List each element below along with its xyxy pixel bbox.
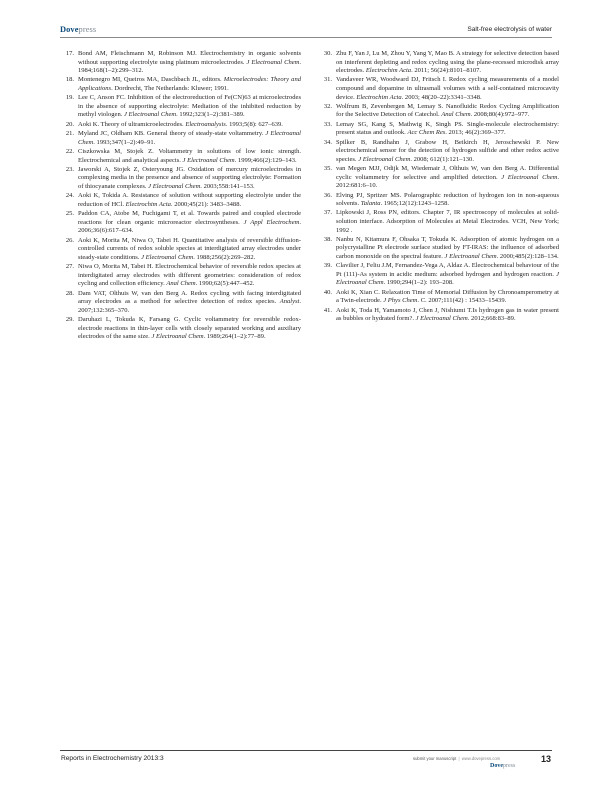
reference-text: Clavilier J, Feliu J.M, Fernandez-Vega A… <box>336 262 559 278</box>
reference-number: 40. <box>319 289 332 298</box>
reference-journal: J Electroanal Chem <box>124 111 176 118</box>
reference-details: . 1993;5(8): 627–639. <box>226 121 283 128</box>
reference-details: . 2008; 612(1):121–130. <box>410 156 474 163</box>
reference-number: 21. <box>61 130 74 139</box>
dovepress-logo: Dovepress <box>60 25 96 34</box>
reference-details: . 1990;294(1–2): 193–208. <box>384 279 454 286</box>
footer-logo-light: press <box>503 763 515 769</box>
reference-number: 35. <box>319 165 332 174</box>
journal-citation: Reports in Electrochemistry 2013:3 <box>61 755 164 762</box>
reference-journal: J Electroanal Chem <box>445 253 497 260</box>
reference-number: 19. <box>61 94 74 103</box>
reference-details: . 2003; 48(20–22):3341–3348. <box>402 94 482 101</box>
reference-number: 17. <box>61 50 74 59</box>
reference-number: 36. <box>319 192 332 201</box>
reference-item: 28.Dam VAT, Olthuis W, van den Berg A. R… <box>61 290 301 316</box>
reference-number: 20. <box>61 121 74 130</box>
reference-text: Lipkowski J, Ross PN, editors. Chapter 7… <box>336 209 559 233</box>
reference-number: 41. <box>319 307 332 316</box>
references-right-column: 30.Zhu F, Yan J, Lu M, Zhou Y, Yang Y, M… <box>319 50 559 325</box>
logo-bold: Dove <box>60 25 79 34</box>
logo-light: press <box>79 25 97 34</box>
reference-text: Montenegro MI, Queiros MA, Daschbach JL,… <box>78 76 224 83</box>
reference-journal: J Phys Chem <box>383 297 417 304</box>
reference-item: 30.Zhu F, Yan J, Lu M, Zhou Y, Yang Y, M… <box>319 50 559 76</box>
reference-number: 22. <box>61 148 74 157</box>
reference-details: . Dordrecht, The Netherlands: Kluwer; 19… <box>111 85 229 92</box>
reference-number: 25. <box>61 210 74 219</box>
reference-number: 37. <box>319 209 332 218</box>
separator: | <box>457 756 460 761</box>
reference-number: 23. <box>61 166 74 175</box>
reference-details: . 1965;12(12):1243–1258. <box>381 200 450 207</box>
reference-item: 24.Aoki K, Tokida A. Resistance of solut… <box>61 192 301 209</box>
reference-number: 39. <box>319 262 332 271</box>
reference-item: 26.Aoki K, Morita M, Niwa O, Tabei H. Qu… <box>61 237 301 263</box>
reference-journal: J Electroanal Chem <box>183 157 235 164</box>
reference-details: . 2000;45(21): 3483–3488. <box>171 201 241 208</box>
reference-number: 31. <box>319 76 332 85</box>
reference-text: Dam VAT, Olthuis W, van den Berg A. Redo… <box>78 290 301 306</box>
reference-number: 29. <box>61 316 74 325</box>
reference-details: . 1988;256(2):269–282. <box>193 254 255 261</box>
reference-journal: Analyst <box>280 298 300 305</box>
reference-number: 32. <box>319 103 332 112</box>
reference-item: 38.Nanbu N, Kitamura F, Ohsaka T, Tokuda… <box>319 236 559 262</box>
reference-text: Myland JC, Oldham KB. General theory of … <box>78 130 265 137</box>
reference-journal: J Electroanal Chem <box>247 59 300 66</box>
reference-journal: Anal Chem <box>441 111 470 118</box>
reference-number: 27. <box>61 263 74 272</box>
page-header: Dovepress Salt-free electrolysis of wate… <box>60 25 552 37</box>
reference-item: 39.Clavilier J, Feliu J.M, Fernandez-Veg… <box>319 262 559 288</box>
reference-item: 21.Myland JC, Oldham KB. General theory … <box>61 130 301 147</box>
reference-journal: J Electroanal Chem <box>141 254 193 261</box>
reference-number: 33. <box>319 121 332 130</box>
submit-manuscript-line: submit your manuscript | www.dovepress.c… <box>413 756 500 761</box>
reference-details: . 1989;264(1–2):77–89. <box>204 333 266 340</box>
reference-item: 20.Aoki K. Theory of ultramicroelectrode… <box>61 121 301 130</box>
reference-item: 35.van Megen MJJ, Odijk M, Wiedemair J, … <box>319 165 559 191</box>
reference-details: . 1992;323(1–2):381–389. <box>176 111 245 118</box>
reference-item: 23.Jaworski A, Stojek Z, Osteryoung JG. … <box>61 166 301 192</box>
reference-details: . 2011; 56(24):8101–8107. <box>411 67 481 74</box>
reference-number: 30. <box>319 50 332 59</box>
reference-journal: Talanta <box>361 200 381 207</box>
reference-item: 17.Bond AM, Fleischmann M, Robinson MJ. … <box>61 50 301 76</box>
reference-item: 34.Spilker B, Randhahn J, Grabow H, Beik… <box>319 139 559 165</box>
reference-item: 25.Paddon CA, Atobe M, Fuchigami T, et a… <box>61 210 301 236</box>
reference-item: 37.Lipkowski J, Ross PN, editors. Chapte… <box>319 209 559 235</box>
reference-details: . C. 2007;111(42) : 15433–15439. <box>417 297 506 304</box>
reference-item: 36.Elving PJ, Spritzer MS. Polarographic… <box>319 192 559 209</box>
reference-details: . 1993;347(1–2):49–91. <box>93 139 155 146</box>
reference-item: 19.Lee C, Anson FC. Inhibition of the el… <box>61 94 301 120</box>
reference-number: 26. <box>61 237 74 246</box>
footer-divider <box>60 750 552 751</box>
reference-details: . 2013; 46(2):369–377. <box>445 129 505 136</box>
reference-journal: J Electroanal Chem <box>148 183 200 190</box>
website-link[interactable]: www.dovepress.com <box>462 756 500 761</box>
page-number: 13 <box>541 754 551 764</box>
reference-journal: Electrochim Acta <box>366 67 411 74</box>
reference-item: 27.Niwa O, Morita M, Tabei H. Electroche… <box>61 263 301 289</box>
reference-details: . 1999;466(2):129–143. <box>235 157 297 164</box>
reference-number: 34. <box>319 139 332 148</box>
reference-details: . 2000;485(2):128–134. <box>497 253 559 260</box>
reference-journal: J Electroanal Chem <box>358 156 410 163</box>
reference-number: 24. <box>61 192 74 201</box>
reference-details: . 2012;668:83–89. <box>468 315 516 322</box>
reference-item: 18.Montenegro MI, Queiros MA, Daschbach … <box>61 76 301 93</box>
footer-dovepress-logo: Dovepress <box>490 763 515 769</box>
reference-details: . 2003;558:141–153. <box>200 183 254 190</box>
reference-journal: J Electroanal Chem <box>501 174 557 181</box>
reference-journal: Electrochim Acta <box>356 94 401 101</box>
reference-item: 31.Vandaveer WR, Woodward DJ, Fritsch I.… <box>319 76 559 102</box>
reference-item: 32.Wolfrum B, Zevenbergen M, Lemay S. Na… <box>319 103 559 120</box>
reference-item: 41.Aoki K, Toda H, Yamamoto J, Chen J, N… <box>319 307 559 324</box>
reference-details: . 1990;62(5):447–452. <box>196 280 255 287</box>
reference-journal: J Electroanal Chem <box>416 315 468 322</box>
reference-text: Aoki K. Theory of ultramicroelectrodes. <box>78 121 185 128</box>
reference-number: 38. <box>319 236 332 245</box>
reference-journal: Electrochim Acta <box>126 201 171 208</box>
footer-logo-bold: Dove <box>490 763 503 769</box>
references-left-column: 17.Bond AM, Fleischmann M, Robinson MJ. … <box>61 50 301 342</box>
reference-item: 29.Daruhazi L, Tokuda K, Farsang G. Cycl… <box>61 316 301 342</box>
reference-item: 33.Lemay SG, Kang S, Mathwig K, Singh PS… <box>319 121 559 138</box>
reference-journal: Anal Chem <box>166 280 195 287</box>
submit-link[interactable]: submit your manuscript <box>413 756 456 761</box>
running-title: Salt-free electrolysis of water <box>467 26 552 33</box>
reference-journal: J Electroanal Chem <box>151 333 203 340</box>
reference-journal: J Appl Electrochem <box>244 219 300 226</box>
header-divider <box>60 37 552 38</box>
reference-journal: Acc Chem Res <box>407 129 445 136</box>
reference-item: 22.Ciszkowska M, Stojek Z. Voltammetry i… <box>61 148 301 165</box>
reference-number: 28. <box>61 290 74 299</box>
reference-number: 18. <box>61 76 74 85</box>
reference-item: 40.Aoki K, Xian C. Relaxation Time of Me… <box>319 289 559 306</box>
reference-details: . 2008;80(4):972–977. <box>471 111 530 118</box>
reference-journal: Electroanalysis <box>185 121 226 128</box>
